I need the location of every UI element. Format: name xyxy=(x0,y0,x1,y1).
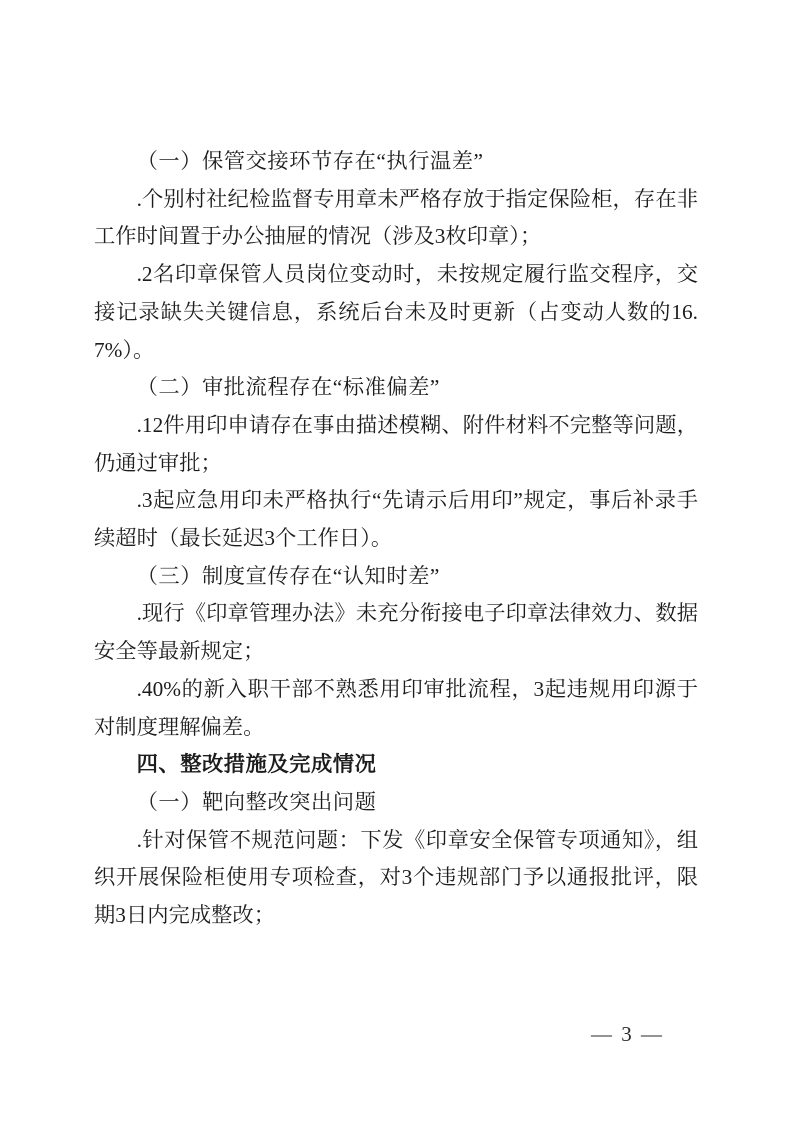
body-paragraph: .3起应急用印未严格执行“先请示后用印”规定，事后补录手续超时（最长延迟3个工作… xyxy=(94,482,698,557)
body-paragraph: .40%的新入职干部不熟悉用印审批流程，3起违规用印源于对制度理解偏差。 xyxy=(94,671,698,746)
body-paragraph: .个别村社纪检监督专用章未严格存放于指定保险柜，存在非工作时间置于办公抽屉的情况… xyxy=(94,181,698,256)
subsection-heading-3: （三）制度宣传存在“认知时差” xyxy=(94,558,698,596)
page-number: — 3 — xyxy=(591,1022,664,1046)
document-body: （一）保管交接环节存在“执行温差” .个别村社纪检监督专用章未严格存放于指定保险… xyxy=(94,143,698,935)
body-paragraph: .针对保管不规范问题：下发《印章安全保管专项通知》，组织开展保险柜使用专项检查，… xyxy=(94,822,698,935)
subsection-heading-1: （一）保管交接环节存在“执行温差” xyxy=(94,143,698,181)
body-paragraph: .2名印章保管人员岗位变动时，未按规定履行监交程序，交接记录缺失关键信息，系统后… xyxy=(94,256,698,369)
document-page: （一）保管交接环节存在“执行温差” .个别村社纪检监督专用章未严格存放于指定保险… xyxy=(0,0,794,1122)
subsection-heading-rect-1: （一）靶向整改突出问题 xyxy=(94,784,698,822)
body-paragraph: .现行《印章管理办法》未充分衔接电子印章法律效力、数据安全等最新规定； xyxy=(94,595,698,670)
section-heading-4: 四、整改措施及完成情况 xyxy=(94,746,698,784)
subsection-heading-2: （二）审批流程存在“标准偏差” xyxy=(94,369,698,407)
body-paragraph: .12件用印申请存在事由描述模糊、附件材料不完整等问题，仍通过审批； xyxy=(94,407,698,482)
